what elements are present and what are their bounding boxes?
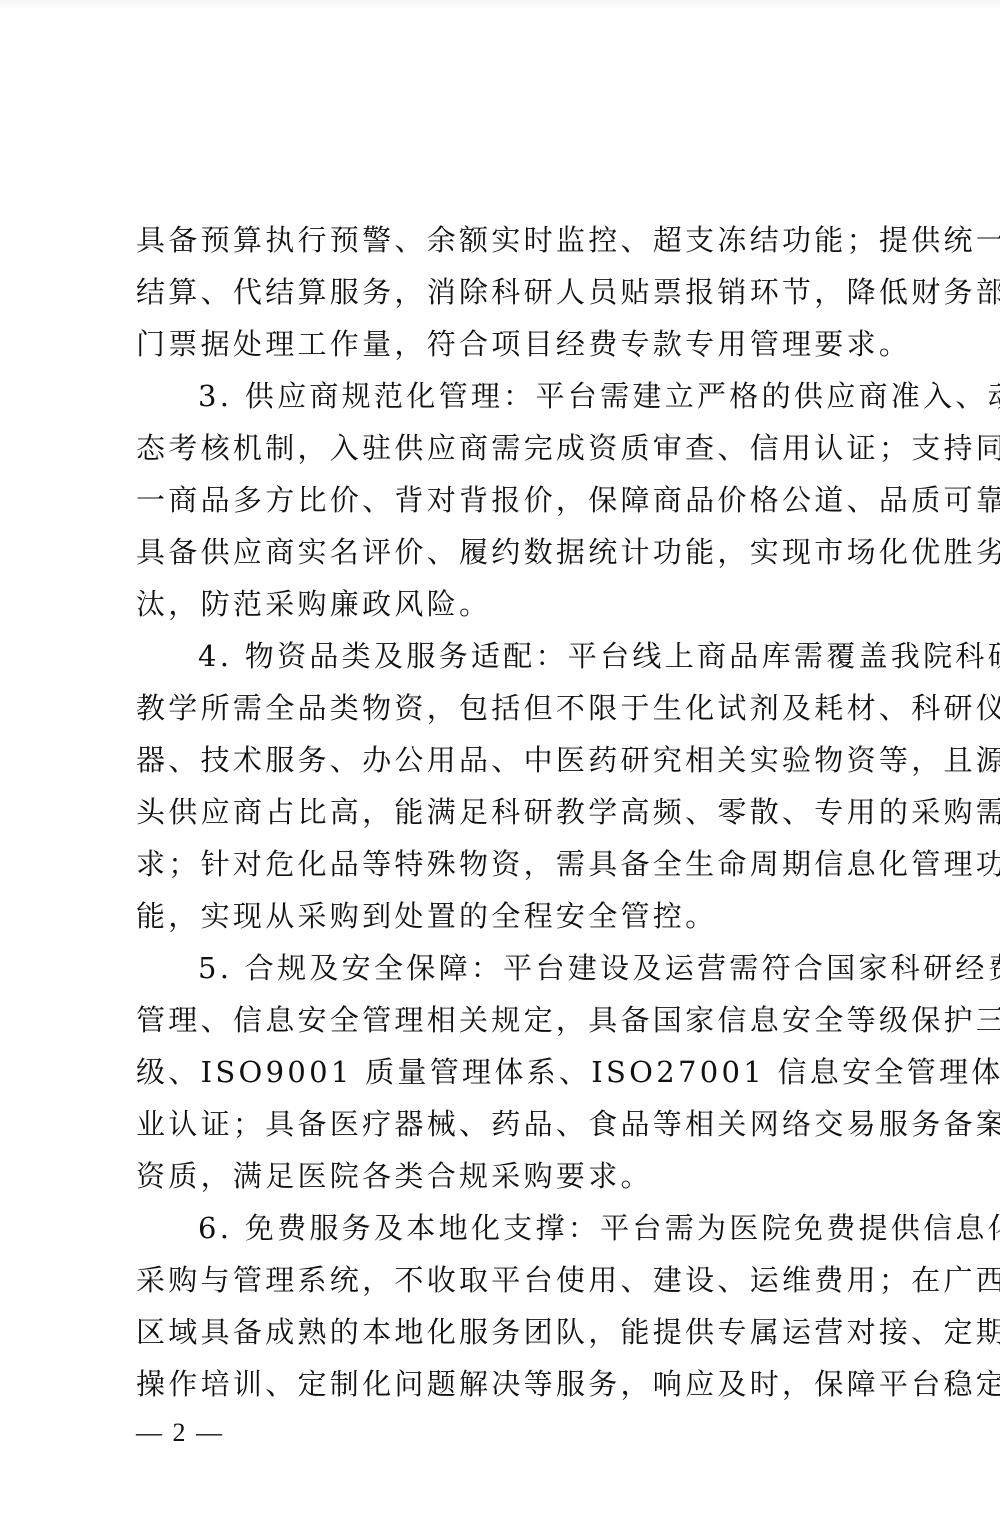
text-line: 6. 免费服务及本地化支撑：平台需为医院免费提供信息化 bbox=[136, 1202, 872, 1254]
text-line: 具备供应商实名评价、履约数据统计功能，实现市场化优胜劣 bbox=[136, 526, 872, 578]
paragraph-free-service-localization: 6. 免费服务及本地化支撑：平台需为医院免费提供信息化 采购与管理系统，不收取平… bbox=[136, 1202, 872, 1410]
scan-top-edge bbox=[0, 0, 1000, 10]
text-line: 采购与管理系统，不收取平台使用、建设、运维费用；在广西 bbox=[136, 1254, 872, 1306]
document-body: 具备预算执行预警、余额实时监控、超支冻结功能；提供统一 结算、代结算服务，消除科… bbox=[136, 214, 872, 1410]
text-line: 4. 物资品类及服务适配：平台线上商品库需覆盖我院科研 bbox=[136, 630, 872, 682]
text-line: 级、ISO9001 质量管理体系、ISO27001 信息安全管理体系等专 bbox=[136, 1046, 872, 1098]
text-line: 结算、代结算服务，消除科研人员贴票报销环节，降低财务部 bbox=[136, 266, 872, 318]
text-line: 5. 合规及安全保障：平台建设及运营需符合国家科研经费 bbox=[136, 942, 872, 994]
paragraph-supplier-management: 3. 供应商规范化管理：平台需建立严格的供应商准入、动 态考核机制，入驻供应商需… bbox=[136, 370, 872, 630]
text-line: 资质，满足医院各类合规采购要求。 bbox=[136, 1150, 872, 1202]
paragraph-compliance-security: 5. 合规及安全保障：平台建设及运营需符合国家科研经费 管理、信息安全管理相关规… bbox=[136, 942, 872, 1202]
text-line: 3. 供应商规范化管理：平台需建立严格的供应商准入、动 bbox=[136, 370, 872, 422]
text-line: 门票据处理工作量，符合项目经费专款专用管理要求。 bbox=[136, 318, 872, 370]
text-line: 头供应商占比高，能满足科研教学高频、零散、专用的采购需 bbox=[136, 786, 872, 838]
text-line: 操作培训、定制化问题解决等服务，响应及时，保障平台稳定 bbox=[136, 1358, 872, 1410]
text-line: 管理、信息安全管理相关规定，具备国家信息安全等级保护三 bbox=[136, 994, 872, 1046]
paragraph-material-categories: 4. 物资品类及服务适配：平台线上商品库需覆盖我院科研 教学所需全品类物资，包括… bbox=[136, 630, 872, 942]
text-line: 汰，防范采购廉政风险。 bbox=[136, 578, 872, 630]
text-line: 区域具备成熟的本地化服务团队，能提供专属运营对接、定期 bbox=[136, 1306, 872, 1358]
text-line: 求；针对危化品等特殊物资，需具备全生命周期信息化管理功 bbox=[136, 838, 872, 890]
paragraph-budget-settlement: 具备预算执行预警、余额实时监控、超支冻结功能；提供统一 结算、代结算服务，消除科… bbox=[136, 214, 872, 370]
text-line: 业认证；具备医疗器械、药品、食品等相关网络交易服务备案 bbox=[136, 1098, 872, 1150]
text-line: 具备预算执行预警、余额实时监控、超支冻结功能；提供统一 bbox=[136, 214, 872, 266]
text-line: 器、技术服务、办公用品、中医药研究相关实验物资等，且源 bbox=[136, 734, 872, 786]
text-line: 能，实现从采购到处置的全程安全管控。 bbox=[136, 890, 872, 942]
text-line: 一商品多方比价、背对背报价，保障商品价格公道、品质可靠； bbox=[136, 474, 872, 526]
text-line: 态考核机制，入驻供应商需完成资质审查、信用认证；支持同 bbox=[136, 422, 872, 474]
text-line: 教学所需全品类物资，包括但不限于生化试剂及耗材、科研仪 bbox=[136, 682, 872, 734]
page-number: — 2 — bbox=[136, 1416, 224, 1450]
